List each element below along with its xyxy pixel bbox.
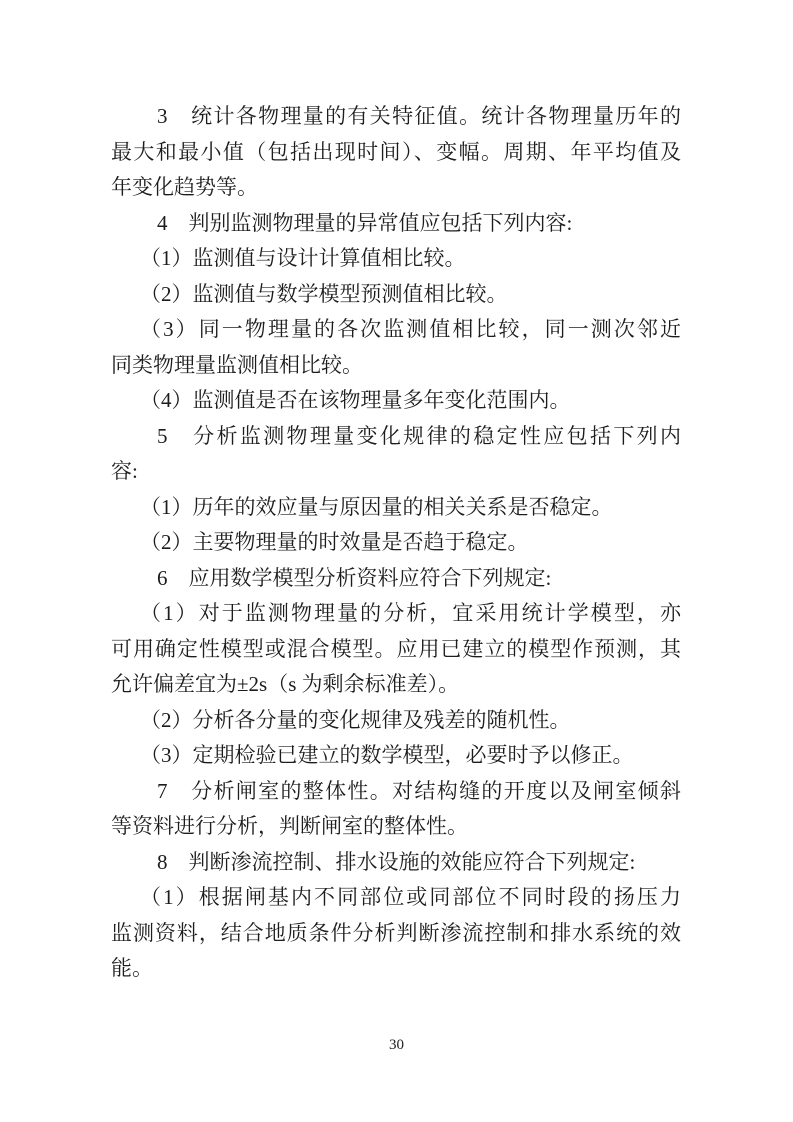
document-page: 3 统计各物理量的有关特征值。统计各物理量历年的 最大和最小值（包括出现时间）、… bbox=[0, 0, 793, 1122]
page-footer: 30 bbox=[0, 1036, 793, 1054]
text-line: （1）对于监测物理量的分析，宜采用统计学模型，亦 bbox=[111, 596, 681, 632]
text-line: （4）监测值是否在该物理量多年变化范围内。 bbox=[111, 383, 681, 419]
text-line: 3 统计各物理量的有关特征值。统计各物理量历年的 bbox=[111, 99, 681, 135]
document-body: 3 统计各物理量的有关特征值。统计各物理量历年的 最大和最小值（包括出现时间）、… bbox=[111, 99, 681, 987]
text-line: 等资料进行分析，判断闸室的整体性。 bbox=[111, 809, 681, 845]
text-line: 年变化趋势等。 bbox=[111, 170, 681, 206]
text-line: 允许偏差宜为±2s（s 为剩余标准差）。 bbox=[111, 667, 681, 703]
text-line: （3）同一物理量的各次监测值相比较，同一测次邻近 bbox=[111, 312, 681, 348]
text-line: （1）监测值与设计计算值相比较。 bbox=[111, 241, 681, 277]
text-line: 监测资料，结合地质条件分析判断渗流控制和排水系统的效 bbox=[111, 916, 681, 952]
text-line: 6 应用数学模型分析资料应符合下列规定: bbox=[111, 561, 681, 597]
text-line: 7 分析闸室的整体性。对结构缝的开度以及闸室倾斜 bbox=[111, 774, 681, 810]
text-line: 4 判别监测物理量的异常值应包括下列内容: bbox=[111, 206, 681, 242]
text-line: （2）主要物理量的时效量是否趋于稳定。 bbox=[111, 525, 681, 561]
text-line: （1）历年的效应量与原因量的相关关系是否稳定。 bbox=[111, 490, 681, 526]
text-line: 容: bbox=[111, 454, 681, 490]
text-line: 5 分析监测物理量变化规律的稳定性应包括下列内 bbox=[111, 419, 681, 455]
text-line: （1）根据闸基内不同部位或同部位不同时段的扬压力 bbox=[111, 880, 681, 916]
text-line: 同类物理量监测值相比较。 bbox=[111, 348, 681, 384]
text-line: 8 判断渗流控制、排水设施的效能应符合下列规定: bbox=[111, 845, 681, 881]
text-line: 最大和最小值（包括出现时间）、变幅。周期、年平均值及 bbox=[111, 135, 681, 171]
text-line: （2）分析各分量的变化规律及残差的随机性。 bbox=[111, 703, 681, 739]
text-line: 能。 bbox=[111, 951, 681, 987]
page-number: 30 bbox=[389, 1037, 404, 1053]
text-line: （2）监测值与数学模型预测值相比较。 bbox=[111, 277, 681, 313]
text-line: （3）定期检验已建立的数学模型，必要时予以修正。 bbox=[111, 738, 681, 774]
text-line: 可用确定性模型或混合模型。应用已建立的模型作预测，其 bbox=[111, 632, 681, 668]
